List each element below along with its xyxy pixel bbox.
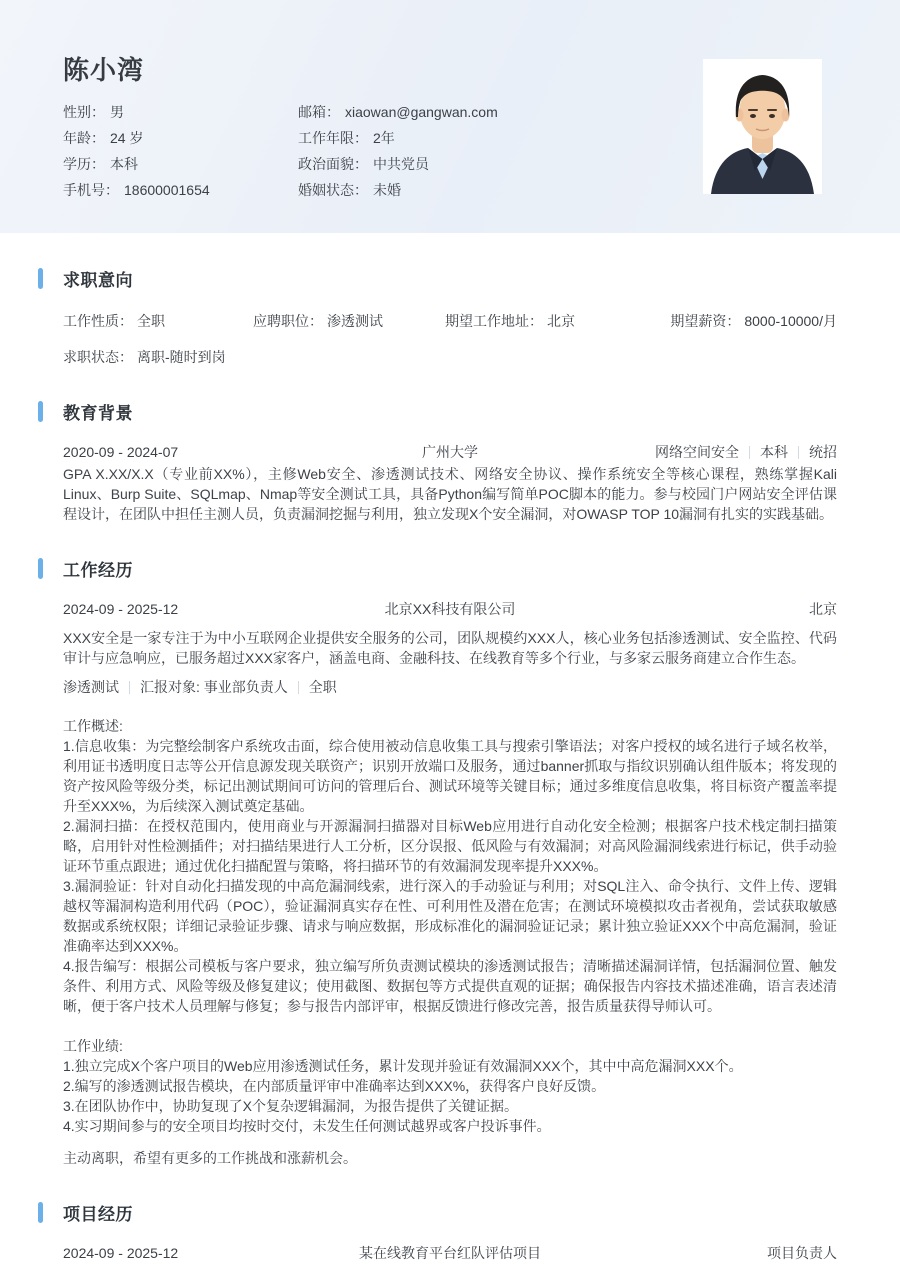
section-accent-bar bbox=[38, 401, 43, 422]
section-education: 教育背景 2020-09 - 2024-07 广州大学 网络空间安全 本科 统招… bbox=[63, 400, 837, 524]
section-work-experience: 工作经历 2024-09 - 2025-12 北京XX科技有限公司 北京 XXX… bbox=[63, 557, 837, 1168]
id-photo-illustration bbox=[703, 59, 822, 194]
profile-field-label: 邮箱： bbox=[298, 102, 340, 122]
education-period: 2020-09 - 2024-07 bbox=[63, 442, 422, 462]
work-detail-line: 2.编写的渗透测试报告模块，在内部质量评审中准确率达到XXX%，获得客户良好反馈… bbox=[63, 1076, 837, 1096]
profile-field-label: 婚姻状态： bbox=[298, 180, 368, 200]
section-accent-bar bbox=[38, 268, 43, 289]
section-title: 求职意向 bbox=[63, 266, 133, 291]
work-achievement-items: 1.独立完成X个客户项目的Web应用渗透测试任务，累计发现并验证有效漏洞XXX个… bbox=[63, 1056, 837, 1136]
separator bbox=[798, 446, 799, 459]
work-detail-line: 4.实习期间参与的安全项目均按时交付，未发生任何测试越界或客户投诉事件。 bbox=[63, 1116, 837, 1136]
education-description: GPA X.XX/X.X（专业前XX%），主修Web安全、渗透测试技术、网络安全… bbox=[63, 464, 837, 524]
intention-field-label: 期望工作地址： bbox=[445, 311, 543, 331]
profile-info-left-column: 性别： 男 年龄： 24 岁 学历： 本科 手机号： 18600001654 bbox=[63, 99, 298, 203]
intention-field: 工作性质： 全职 bbox=[63, 311, 253, 331]
section-title: 工作经历 bbox=[63, 556, 133, 581]
intention-field-value: 8000-10000/月 bbox=[744, 311, 837, 331]
section-accent-bar bbox=[38, 1202, 43, 1223]
education-enroll-type: 统招 bbox=[809, 442, 837, 462]
project-role: 项目负责人 bbox=[541, 1243, 837, 1263]
section-header-job-intention: 求职意向 bbox=[38, 267, 837, 290]
work-job-type: 全职 bbox=[309, 677, 337, 697]
intention-field: 期望薪资： 8000-10000/月 bbox=[660, 311, 837, 331]
education-meta-row: 2020-09 - 2024-07 广州大学 网络空间安全 本科 统招 bbox=[63, 442, 837, 462]
profile-field-value: 18600001654 bbox=[124, 182, 210, 198]
company-intro: XXX安全是一家专注于为中小互联网企业提供安全服务的公司，团队规模约XXX人，核… bbox=[63, 628, 837, 668]
profile-field-label: 政治面貌： bbox=[298, 154, 368, 174]
separator bbox=[129, 681, 130, 694]
work-company: 北京XX科技有限公司 bbox=[385, 599, 516, 619]
intention-field: 应聘职位： 渗透测试 bbox=[253, 311, 445, 331]
section-title: 教育背景 bbox=[63, 399, 133, 424]
intention-field-value: 全职 bbox=[137, 311, 165, 331]
intention-field-label: 工作性质： bbox=[63, 311, 133, 331]
intention-field-label: 应聘职位： bbox=[253, 311, 323, 331]
work-overview-block: 工作概述: 1.信息收集：为完整绘制客户系统攻击面，综合使用被动信息收集工具与搜… bbox=[63, 716, 837, 1016]
profile-header: 陈小湾 性别： 男 年龄： 24 岁 学历： 本科 手机号： 186000016… bbox=[0, 0, 900, 233]
education-major: 网络空间安全 bbox=[655, 442, 739, 462]
profile-field-value: 本科 bbox=[110, 154, 138, 174]
education-detail: 网络空间安全 本科 统招 bbox=[478, 442, 837, 462]
profile-field-label: 工作年限： bbox=[298, 128, 368, 148]
work-detail-line: 3.在团队协作中，协助复现了X个复杂逻辑漏洞，为报告提供了关键证据。 bbox=[63, 1096, 837, 1116]
job-status-value: 离职-随时到岗 bbox=[137, 347, 226, 367]
education-degree: 本科 bbox=[760, 442, 788, 462]
section-title: 项目经历 bbox=[63, 1200, 133, 1225]
work-meta-row: 2024-09 - 2025-12 北京XX科技有限公司 北京 bbox=[63, 599, 837, 619]
project-name: 某在线教育平台红队评估项目 bbox=[359, 1243, 541, 1263]
education-school: 广州大学 bbox=[422, 442, 478, 462]
separator bbox=[749, 446, 750, 459]
work-detail-line: 4.报告编写：根据公司模板与客户要求，独立编写所负责测试模块的渗透测试报告；清晰… bbox=[63, 956, 837, 1016]
work-position: 渗透测试 bbox=[63, 677, 119, 697]
profile-field-value: 24 岁 bbox=[110, 128, 143, 148]
section-header-education: 教育背景 bbox=[38, 400, 837, 423]
profile-field-value: xiaowan@gangwan.com bbox=[345, 104, 498, 120]
job-status-label: 求职状态： bbox=[63, 347, 133, 367]
intention-field-label: 期望薪资： bbox=[670, 311, 740, 331]
intention-row-2: 求职状态： 离职-随时到岗 bbox=[63, 347, 837, 367]
intention-row-1: 工作性质： 全职 应聘职位： 渗透测试 期望工作地址： 北京 期望薪资： 800… bbox=[63, 311, 837, 331]
intention-field: 期望工作地址： 北京 bbox=[445, 311, 660, 331]
project-meta-row: 2024-09 - 2025-12 某在线教育平台红队评估项目 项目负责人 bbox=[63, 1243, 837, 1263]
profile-field: 性别： 男 bbox=[63, 99, 298, 125]
profile-field-label: 年龄： bbox=[63, 128, 105, 148]
profile-field-label: 性别： bbox=[63, 102, 105, 122]
work-achievement-block: 工作业绩: 1.独立完成X个客户项目的Web应用渗透测试任务，累计发现并验证有效… bbox=[63, 1036, 837, 1136]
work-report-to: 汇报对象: 事业部负责人 bbox=[140, 677, 288, 697]
profile-field: 手机号： 18600001654 bbox=[63, 177, 298, 203]
profile-field-label: 学历： bbox=[63, 154, 105, 174]
profile-field-label: 手机号： bbox=[63, 180, 119, 200]
work-overview-items: 1.信息收集：为完整绘制客户系统攻击面，综合使用被动信息收集工具与搜索引擎语法；… bbox=[63, 736, 837, 1016]
project-period: 2024-09 - 2025-12 bbox=[63, 1243, 359, 1263]
work-detail-line: 1.独立完成X个客户项目的Web应用渗透测试任务，累计发现并验证有效漏洞XXX个… bbox=[63, 1056, 837, 1076]
work-detail-line: 3.漏洞验证：针对自动化扫描发现的中高危漏洞线索，进行深入的手动验证与利用；对S… bbox=[63, 876, 837, 956]
work-detail-line: 2.漏洞扫描：在授权范围内，使用商业与开源漏洞扫描器对目标Web应用进行自动化安… bbox=[63, 816, 837, 876]
resume-body: 求职意向 工作性质： 全职 应聘职位： 渗透测试 期望工作地址： 北京 期望薪资… bbox=[0, 267, 900, 1263]
profile-field-value: 未婚 bbox=[373, 180, 401, 200]
work-city: 北京 bbox=[515, 599, 837, 619]
leave-reason: 主动离职，希望有更多的工作挑战和涨薪机会。 bbox=[63, 1148, 837, 1168]
intention-field-value: 渗透测试 bbox=[327, 311, 383, 331]
profile-field-value: 2年 bbox=[373, 128, 395, 148]
profile-field: 年龄： 24 岁 bbox=[63, 125, 298, 151]
profile-field-value: 男 bbox=[110, 102, 124, 122]
intention-field-value: 北京 bbox=[547, 311, 575, 331]
section-project-experience: 项目经历 2024-09 - 2025-12 某在线教育平台红队评估项目 项目负… bbox=[63, 1201, 837, 1263]
work-detail-line: 1.信息收集：为完整绘制客户系统攻击面，综合使用被动信息收集工具与搜索引擎语法；… bbox=[63, 736, 837, 816]
resume-page: 陈小湾 性别： 男 年龄： 24 岁 学历： 本科 手机号： 186000016… bbox=[0, 0, 900, 1275]
section-header-work: 工作经历 bbox=[38, 557, 837, 580]
profile-field: 学历： 本科 bbox=[63, 151, 298, 177]
profile-photo bbox=[703, 59, 822, 194]
section-accent-bar bbox=[38, 558, 43, 579]
work-overview-title: 工作概述: bbox=[63, 716, 837, 736]
work-position-row: 渗透测试 汇报对象: 事业部负责人 全职 bbox=[63, 677, 837, 697]
work-achievement-title: 工作业绩: bbox=[63, 1036, 837, 1056]
section-header-project: 项目经历 bbox=[38, 1201, 837, 1224]
profile-field-value: 中共党员 bbox=[373, 154, 429, 174]
work-period: 2024-09 - 2025-12 bbox=[63, 599, 385, 619]
separator bbox=[298, 681, 299, 694]
section-job-intention: 求职意向 工作性质： 全职 应聘职位： 渗透测试 期望工作地址： 北京 期望薪资… bbox=[63, 267, 837, 367]
